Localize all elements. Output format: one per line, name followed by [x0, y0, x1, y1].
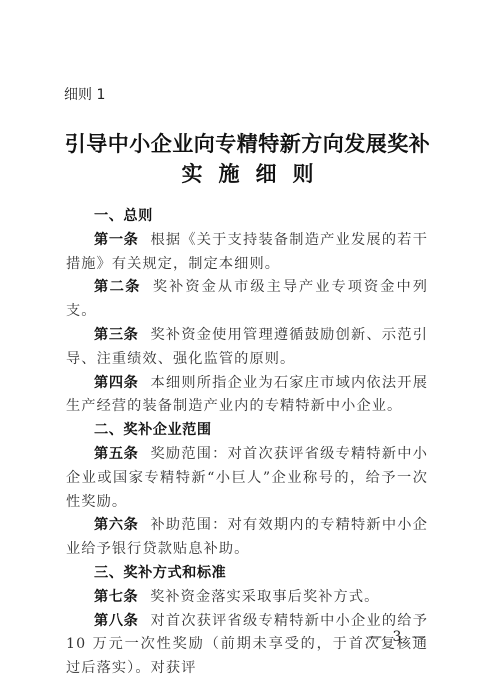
article-2: 第二条奖补资金从市级主导产业专项资金中列支。 [66, 276, 428, 324]
article-number: 第三条 [94, 327, 138, 343]
article-number: 第四条 [94, 375, 138, 391]
article-1: 第一条根据《关于支持装备制造产业发展的若干措施》有关规定，制定本细则。 [66, 229, 428, 277]
section-heading-scope: 二、奖补企业范围 [66, 419, 428, 443]
article-number: 第二条 [94, 279, 141, 295]
article-number: 第六条 [94, 517, 138, 533]
article-4: 第四条本细则所指企业为石家庄市域内依法开展生产经营的装备制造产业内的专精特新中小… [66, 372, 428, 420]
document-title-line1: 引导中小企业向专精特新方向发展奖补 [0, 128, 495, 158]
article-7: 第七条奖补资金落实采取事后奖补方式。 [66, 586, 428, 610]
document-title-line2: 实施细则 [0, 158, 495, 188]
article-8: 第八条对首次获评省级专精特新中小企业的给予 10 万元一次性奖励（前期未享受的，… [66, 610, 428, 681]
document-page: 细则 1 引导中小企业向专精特新方向发展奖补 实施细则 一、总则 第一条根据《关… [0, 0, 495, 699]
document-body: 一、总则 第一条根据《关于支持装备制造产业发展的若干措施》有关规定，制定本细则。… [66, 205, 428, 681]
article-number: 第八条 [94, 613, 138, 629]
page-number: — 3 — [368, 629, 429, 645]
article-number: 第七条 [94, 589, 138, 605]
article-number: 第五条 [94, 446, 138, 462]
article-6: 第六条补助范围：对有效期内的专精特新中小企业给予银行贷款贴息补助。 [66, 514, 428, 562]
attachment-label: 细则 1 [64, 84, 105, 104]
section-heading-general: 一、总则 [66, 205, 428, 229]
article-text: 奖补资金落实采取事后奖补方式。 [150, 589, 379, 605]
article-number: 第一条 [94, 232, 138, 248]
article-5: 第五条奖励范围：对首次获评省级专精特新中小企业或国家专精特新“小巨人”企业称号的… [66, 443, 428, 514]
section-heading-standards: 三、奖补方式和标准 [66, 562, 428, 586]
article-3: 第三条奖补资金使用管理遵循鼓励创新、示范引导、注重绩效、强化监管的原则。 [66, 324, 428, 372]
